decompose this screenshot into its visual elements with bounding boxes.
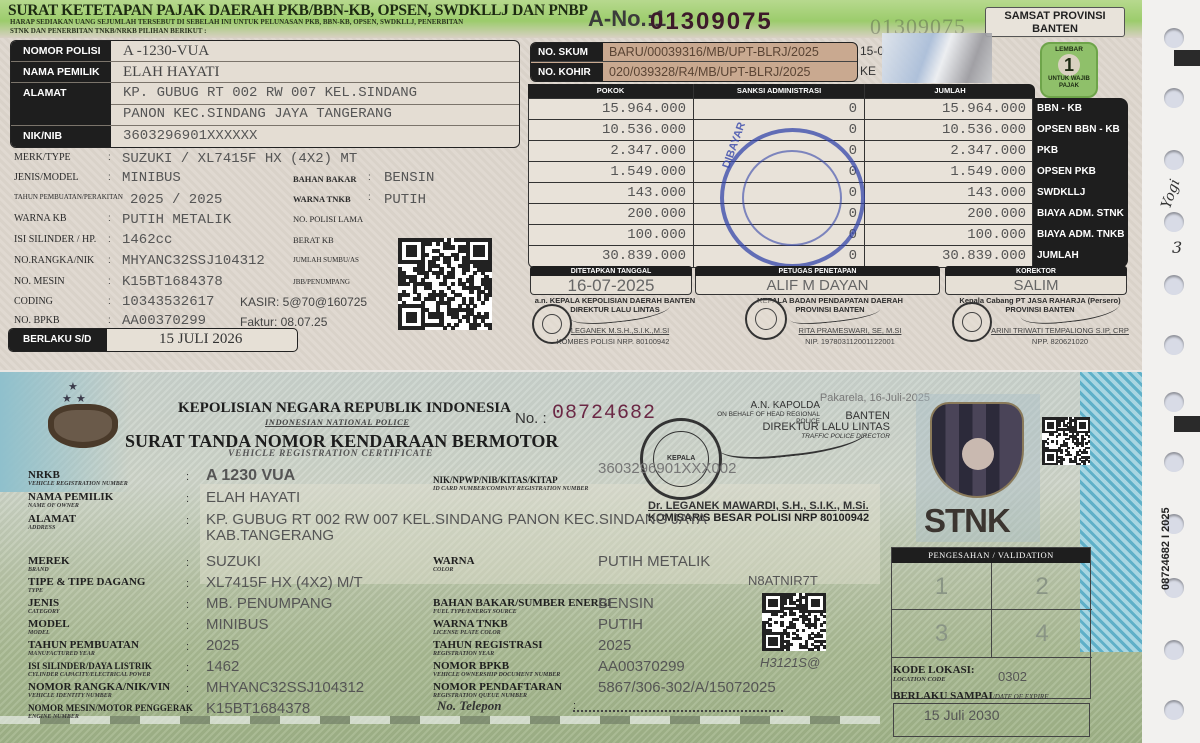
row-nama-pemilik: NAMA PEMILIK ELAH HAYATI xyxy=(11,62,519,83)
label-text: WARNA TNKB xyxy=(433,618,508,630)
stnk-value: 2025 xyxy=(206,637,239,654)
colon: : xyxy=(368,172,371,183)
label-no-bpkb: NO. BPKB xyxy=(14,315,60,326)
punch-hole xyxy=(1164,700,1184,720)
value-coding: 10343532617 xyxy=(122,294,214,310)
label-text: NOMOR BPKB xyxy=(433,660,509,672)
label-sub: LICENSE PLATE COLOR xyxy=(433,630,508,637)
colon: : xyxy=(186,515,189,527)
colon: : xyxy=(108,152,111,163)
label-nik: NIK/NIB xyxy=(11,126,111,147)
value-warna-kb: PUTIH METALIK xyxy=(122,212,231,228)
qr-code-text-top: N8ATNIR7T xyxy=(748,573,818,588)
stnk-label: NOMOR BPKBVEHICLE OWNERSHIP DOCUMENT NUM… xyxy=(433,661,560,679)
label-text: ALAMAT xyxy=(28,513,76,525)
tax-row-label: OPSEN BBN - KB xyxy=(1037,119,1120,140)
stnk-value: AA00370299 xyxy=(598,658,685,675)
label-text: JENIS xyxy=(28,597,59,609)
colon: : xyxy=(186,471,189,483)
label-text: NRKB xyxy=(28,469,60,481)
colon: : xyxy=(186,704,189,716)
tax-cell-pokok: 2.347.000 xyxy=(529,141,694,161)
colon: : xyxy=(186,557,189,569)
label-sub: VEHICLE REGISTRATION NUMBER xyxy=(28,481,128,488)
value-no-mesin: K15BT1684378 xyxy=(122,274,223,290)
label-jumlah-sumbu: JUMLAH SUMBU/AS xyxy=(293,256,359,264)
row-nik: NIK/NIB 3603296901XXXXXX xyxy=(11,126,519,147)
tax-row-label: OPSEN PKB xyxy=(1037,161,1096,182)
label-nama-pemilik: NAMA PEMILIK xyxy=(11,62,111,82)
colon: : xyxy=(108,213,111,224)
stamp-inner-ring xyxy=(742,150,842,246)
skum-kohir-box: NO. SKUM BARU/00039316/MB/UPT-BLRJ/2025 … xyxy=(530,42,858,82)
validation-box-1: 1 xyxy=(892,563,992,610)
tax-row-label: SWDKLLJ xyxy=(1037,182,1085,203)
stnk-label: WARNA TNKBLICENSE PLATE COLOR xyxy=(433,619,508,637)
stnk-label: WARNACOLOR xyxy=(433,556,475,574)
stnk-header-police-en: INDONESIAN NATIONAL POLICE xyxy=(265,417,409,427)
police-crest-icon xyxy=(48,404,118,448)
value-nomor-polisi: A -1230-VUA xyxy=(123,43,209,60)
handwriting: 3 xyxy=(1172,238,1182,257)
validation-box-2: 2 xyxy=(992,563,1092,610)
label-text: ISI SILINDER/DAYA LISTRIK xyxy=(28,661,152,671)
police-emblem: ★ ★ ★ xyxy=(48,404,120,448)
punch-hole xyxy=(1164,392,1184,412)
stnk-value: MHYANC32SSJ104312 xyxy=(206,679,364,696)
stnk-label: MEREKBRAND xyxy=(28,556,70,574)
label-sub: CYLINDER CAPACITY/ELECTRICAL POWER xyxy=(28,672,152,679)
value-tahun: 2025 / 2025 xyxy=(130,192,222,208)
stnk-value: 5867/306-302/A/15072025 xyxy=(598,679,776,696)
row-kohir: NO. KOHIR 020/039328/R4/MB/UPT-BLRJ/2025 xyxy=(531,63,857,82)
stnk-value: MB. PENUMPANG xyxy=(206,595,332,612)
value-no-rangka: MHYANC32SSJ104312 xyxy=(122,253,265,269)
label-nik-stnk: NIK/NPWP/NIB/KITAS/KITAPID CARD NUMBER/C… xyxy=(433,475,588,493)
stnk-label: TAHUN REGISTRASIREGISTRATION YEAR xyxy=(433,640,543,658)
validation-box-3: 3 xyxy=(892,610,992,658)
label-tahun: TAHUN PEMBUATAN/PERAKITAN xyxy=(14,193,123,201)
qr-code xyxy=(1042,417,1090,465)
label-sub: ADDRESS xyxy=(28,525,76,532)
colon: : xyxy=(186,662,189,674)
skpd-subtitle: HARAP SEDIAKAN UANG SEJUMLAH TERSEBUT DI… xyxy=(10,18,470,35)
stnk-value: BENSIN xyxy=(598,595,654,612)
value-kasir: KASIR: 5@70@160725 xyxy=(240,295,367,309)
colon: : xyxy=(186,641,189,653)
tax-cell-jumlah: 15.964.000 xyxy=(866,99,1034,119)
colon: : xyxy=(108,296,111,307)
stnk-label: NRKBVEHICLE REGISTRATION NUMBER xyxy=(28,470,128,488)
paid-stamp: DIBAYAR xyxy=(720,128,865,268)
stnk-number-label: No. : xyxy=(515,410,547,427)
row-alamat: ALAMAT KP. GUBUG RT 002 RW 007 KEL.SINDA… xyxy=(11,83,519,126)
stnk-value: SUZUKI xyxy=(206,553,261,570)
stnk-value: PUTIH METALIK xyxy=(598,553,710,570)
label-kohir: NO. KOHIR xyxy=(531,63,603,82)
header-sanksi: SANKSI ADMINISTRASI xyxy=(694,84,864,98)
value-merk-type: SUZUKI / XL7415F HX (4X2) MT xyxy=(122,151,357,167)
owner-box: NOMOR POLISI A -1230-VUA NAMA PEMILIK EL… xyxy=(10,40,520,148)
value-nik: 3603296901XXXXXX xyxy=(123,128,257,144)
label-text: WARNA xyxy=(433,555,475,567)
stnk-value: PUTIH xyxy=(598,616,643,633)
stnk-header-police: KEPOLISIAN NEGARA REPUBLIK INDONESIA xyxy=(178,400,511,417)
label-text: NOMOR RANGKA/NIK/VIN xyxy=(28,681,170,693)
tax-cell-pokok: 200.000 xyxy=(529,204,694,224)
label-sub: BRAND xyxy=(28,567,70,574)
value-no-bpkb: AA00370299 xyxy=(122,313,206,329)
colon: : xyxy=(108,234,111,245)
stnk-logo-text: STNK xyxy=(924,502,1010,540)
tax-row-labels: BBN - KBOPSEN BBN - KBPKBOPSEN PKBSWDKLL… xyxy=(1033,98,1128,268)
colon: : xyxy=(108,172,111,183)
value-ditetapkan: 16-07-2025 xyxy=(530,276,692,295)
handwriting: Yogi xyxy=(1158,177,1183,211)
label-isi-silinder: ISI SILINDER / HP. xyxy=(14,234,96,245)
tax-cell-pokok: 10.536.000 xyxy=(529,120,694,140)
label-text: BAHAN BAKAR/SUMBER ENERGI xyxy=(433,597,611,609)
value-berlaku: 15 JULI 2026 xyxy=(159,331,242,348)
label-sub: ENGINE NUMBER xyxy=(28,714,193,721)
lembar-number: 1 xyxy=(1058,54,1080,76)
tax-cell-sanksi: 0 xyxy=(695,99,865,119)
colon: : xyxy=(186,683,189,695)
label-merk-type: MERK/TYPE xyxy=(14,152,71,163)
row-skum: NO. SKUM BARU/00039316/MB/UPT-BLRJ/2025 xyxy=(531,43,857,62)
value-kode-lokasi: 0302 xyxy=(998,669,1027,684)
validation-box-4: 4 xyxy=(992,610,1092,658)
label-sub: MODEL xyxy=(28,630,70,637)
stnk-label: BAHAN BAKAR/SUMBER ENERGIFUEL TYPE/ENERG… xyxy=(433,598,611,616)
label-sub: VEHICLE IDENTITY NUMBER xyxy=(28,693,170,700)
label-jbb: JBB/PENUMPANG xyxy=(293,278,350,286)
validation-title: PENGESAHAN / VALIDATION xyxy=(892,548,1090,563)
stnk-label: JENISCATEGORY xyxy=(28,598,60,616)
tax-cell-pokok: 100.000 xyxy=(529,225,694,245)
hologram-sticker xyxy=(882,33,992,83)
strip-mark xyxy=(1174,50,1200,66)
label-sub: FUEL TYPE/ENERGY SOURCE xyxy=(433,609,611,616)
colon: : xyxy=(186,578,189,590)
label-sub: DATE OF EXPIRE xyxy=(995,693,1049,701)
label-text: NOMOR MESIN/MOTOR PENGGERAK xyxy=(28,703,193,713)
punch-hole xyxy=(1164,640,1184,660)
label-text: NIK/NPWP/NIB/KITAS/KITAP xyxy=(433,475,558,485)
tax-cell-jumlah: 10.536.000 xyxy=(866,120,1034,140)
label-no-polisi-lama: NO. POLISI LAMA xyxy=(293,214,363,224)
tax-row-label: BBN - KB xyxy=(1037,98,1082,119)
stnk-value: K15BT1684378 xyxy=(206,700,310,717)
punch-hole xyxy=(1164,212,1184,232)
label-warna-tnkb: WARNA TNKB xyxy=(293,194,351,204)
tax-cell-pokok: 143.000 xyxy=(529,183,694,203)
label-text: TIPE & TIPE DAGANG xyxy=(28,576,145,588)
divider xyxy=(693,84,694,268)
label-sub: VEHICLE OWNERSHIP DOCUMENT NUMBER xyxy=(433,672,560,679)
label-kode-lokasi: KODE LOKASI:LOCATION CODE xyxy=(893,665,975,685)
label-warna-kb: WARNA KB xyxy=(14,213,67,224)
label-text: MEREK xyxy=(28,555,70,567)
tax-cell-pokok: 15.964.000 xyxy=(529,99,694,119)
star-icon: ★ xyxy=(62,392,72,405)
row-nomor-polisi: NOMOR POLISI A -1230-VUA xyxy=(11,41,519,62)
samsat-label: SAMSAT PROVINSI BANTEN xyxy=(985,7,1125,37)
punch-hole xyxy=(1164,335,1184,355)
stnk-value: MINIBUS xyxy=(206,616,269,633)
stnk-label: MODELMODEL xyxy=(28,619,70,637)
colon: : xyxy=(368,192,371,203)
jasaraharja-name: ARINI TRIWATI TEMPALIONG S.IP, CRP xyxy=(985,326,1135,335)
label-no-rangka: NO.RANGKA/NIK xyxy=(14,255,94,266)
shield-icon xyxy=(930,402,1024,498)
label-bahan-bakar: BAHAN BAKAR xyxy=(293,174,357,184)
label-text: TAHUN PEMBUATAN xyxy=(28,639,139,651)
label-no-mesin: NO. MESIN xyxy=(14,276,65,287)
label-text: MODEL xyxy=(28,618,70,630)
label-sub: ID CARD NUMBER/COMPANY REGISTRATION NUMB… xyxy=(433,486,588,493)
stnk-label: NOMOR MESIN/MOTOR PENGGERAKENGINE NUMBER xyxy=(28,703,193,721)
value-skum: BARU/00039316/MB/UPT-BLRJ/2025 xyxy=(609,45,819,59)
qr-code xyxy=(762,593,826,651)
value-alamat-2: PANON KEC.SINDANG JAYA TANGERANG xyxy=(123,106,392,122)
skum-side-text: 15-0 xyxy=(860,44,884,58)
label-telepon: No. Telepon xyxy=(437,700,502,711)
tax-cell-jumlah: 200.000 xyxy=(866,204,1034,224)
label-sub: MANUFACTURED YEAR xyxy=(28,651,139,658)
stamp-text: KEPALA xyxy=(667,455,695,462)
punch-hole xyxy=(1164,28,1184,48)
label-text: NOMOR PENDAFTARAN xyxy=(433,681,562,693)
stnk-label: NAMA PEMILIKNAME OF OWNER xyxy=(28,492,113,510)
divider xyxy=(864,84,865,268)
stnk-title-en: VEHICLE REGISTRATION CERTIFICATE xyxy=(228,449,433,459)
tax-cell-jumlah: 100.000 xyxy=(866,225,1034,245)
label-skum: NO. SKUM xyxy=(531,43,603,61)
stnk-value: KAB.TANGERANG xyxy=(206,527,334,544)
tax-cell-jumlah: 2.347.000 xyxy=(866,141,1034,161)
label-text: NAMA PEMILIK xyxy=(28,491,113,503)
jasaraharja-nrp: NPP. 820621020 xyxy=(990,337,1130,346)
tax-cell-jumlah: 143.000 xyxy=(866,183,1034,203)
colon: : xyxy=(186,493,189,505)
bapenda-nrp: NIP. 197803112001122001 xyxy=(780,337,920,346)
stnk-value: XL7415F HX (4X2) M/T xyxy=(206,574,363,591)
stnk-value: ELAH HAYATI xyxy=(206,489,300,506)
lembar-top: LEMBAR xyxy=(1042,44,1096,53)
stnk-value: 2025 xyxy=(598,637,631,654)
stnk-label: ALAMATADDRESS xyxy=(28,514,76,532)
value-bahan-bakar: BENSIN xyxy=(384,170,434,186)
colon: : xyxy=(186,599,189,611)
vertical-serial: 08724682 I 2025 xyxy=(1160,507,1172,590)
berlaku-box: BERLAKU S/D 15 JULI 2026 xyxy=(8,328,298,352)
stnk-label: TIPE & TIPE DAGANGTYPE xyxy=(28,577,145,595)
polda-name: LEGANEK M.S.H.,S.I.K.,M.SI xyxy=(555,326,685,335)
tax-row-label: PKB xyxy=(1037,140,1058,161)
label-sub: LOCATION CODE xyxy=(893,675,975,685)
tax-cell-pokok: 30.839.000 xyxy=(529,246,694,267)
stnk-an: A.N. KAPOLDA xyxy=(700,400,820,411)
colon: : xyxy=(108,276,111,287)
punch-hole xyxy=(1164,88,1184,108)
label-sub: NAME OF OWNER xyxy=(28,503,113,510)
tax-cell-jumlah: 30.839.000 xyxy=(866,246,1034,267)
header-pokok: POKOK xyxy=(528,84,693,98)
stnk-value: KP. GUBUG RT 002 RW 007 KEL.SINDANG PANO… xyxy=(206,511,707,528)
tax-cell-pokok: 1.549.000 xyxy=(529,162,694,182)
stnk-number: 08724682 xyxy=(552,402,656,425)
label-sub: CATEGORY xyxy=(28,609,60,616)
label-sub: TYPE xyxy=(28,588,145,595)
colon: : xyxy=(108,315,111,326)
value-isi-silinder: 1462cc xyxy=(122,232,172,248)
label-text: BERLAKU SAMPAI xyxy=(893,690,993,702)
label-text: TAHUN REGISTRASI xyxy=(433,639,543,651)
label-berlaku: BERLAKU S/D xyxy=(9,329,107,351)
kepala-stamp: KEPALA xyxy=(640,418,722,500)
tax-row-label: BIAYA ADM. TNKB xyxy=(1037,224,1124,245)
label-alamat: ALAMAT xyxy=(11,83,111,125)
value-kohir: 020/039328/R4/MB/UPT-BLRJ/2025 xyxy=(609,65,811,79)
stnk-value: 1462 xyxy=(206,658,239,675)
polda-nrp: KOMBES POLISI NRP. 80100942 xyxy=(538,337,688,346)
perforated-strip: Yogi 3 xyxy=(1142,0,1200,743)
value-faktur: Faktur: 08.07.25 xyxy=(240,315,327,329)
stnk-label: TAHUN PEMBUATANMANUFACTURED YEAR xyxy=(28,640,139,658)
tax-cell-jumlah: 1.549.000 xyxy=(866,162,1034,182)
kohir-side-text: KE xyxy=(860,64,876,78)
qr-code-text-bottom: H3121S@ xyxy=(760,655,820,670)
colon: : xyxy=(108,255,111,266)
label-jenis-model: JENIS/MODEL xyxy=(14,172,78,183)
label-berat-kb: BERAT KB xyxy=(293,235,334,245)
qr-code xyxy=(398,238,492,330)
stnk-value: A 1230 VUA xyxy=(206,467,295,485)
header-jumlah: JUMLAH xyxy=(865,84,1035,98)
serial-number: 01309075 xyxy=(650,8,773,36)
value-berlaku-sampai: 15 Juli 2030 xyxy=(893,703,1090,737)
tax-row-label: BIAYA ADM. STNK xyxy=(1037,203,1124,224)
punch-hole xyxy=(1164,452,1184,472)
value-alamat-1: KP. GUBUG RT 002 RW 007 KEL.SINDANG xyxy=(123,85,417,101)
value-nama-pemilik: ELAH HAYATI xyxy=(123,64,220,81)
label-nomor-polisi: NOMOR POLISI xyxy=(11,41,111,61)
divider xyxy=(111,104,520,105)
value-jenis-model: MINIBUS xyxy=(122,170,181,186)
bapenda-name: RITA PRAMESWARI, SE, M.SI xyxy=(780,326,920,335)
value-nik-stnk: 3603296901XXX002 xyxy=(598,460,736,477)
stnk-label: NOMOR RANGKA/NIK/VINVEHICLE IDENTITY NUM… xyxy=(28,682,170,700)
label-berlaku-sampai: BERLAKU SAMPAI/DATE OF EXPIRE xyxy=(893,690,1048,702)
telepon-dotted-line xyxy=(573,710,783,712)
stnk-label: ISI SILINDER/DAYA LISTRIKCYLINDER CAPACI… xyxy=(28,661,152,679)
punch-hole xyxy=(1164,275,1184,295)
stnk-logo-hologram: STNK xyxy=(916,394,1040,542)
tax-row-label: JUMLAH xyxy=(1037,245,1079,266)
tax-row: 15.964.000015.964.000 xyxy=(529,99,1034,120)
label-coding: CODING xyxy=(14,296,53,307)
colon: : xyxy=(186,620,189,632)
strip-mark xyxy=(1174,416,1200,432)
label-sub: COLOR xyxy=(433,567,475,574)
label-sub: REGISTRATION YEAR xyxy=(433,651,543,658)
jasaraharja-seal xyxy=(952,302,992,342)
skpd-tax-assessment: SURAT KETETAPAN PAJAK DAERAH PKB/BBN-KB,… xyxy=(0,0,1142,370)
value-petugas: ALIF M DAYAN xyxy=(695,276,940,295)
value-warna-tnkb: PUTIH xyxy=(384,192,426,208)
punch-hole xyxy=(1164,150,1184,170)
